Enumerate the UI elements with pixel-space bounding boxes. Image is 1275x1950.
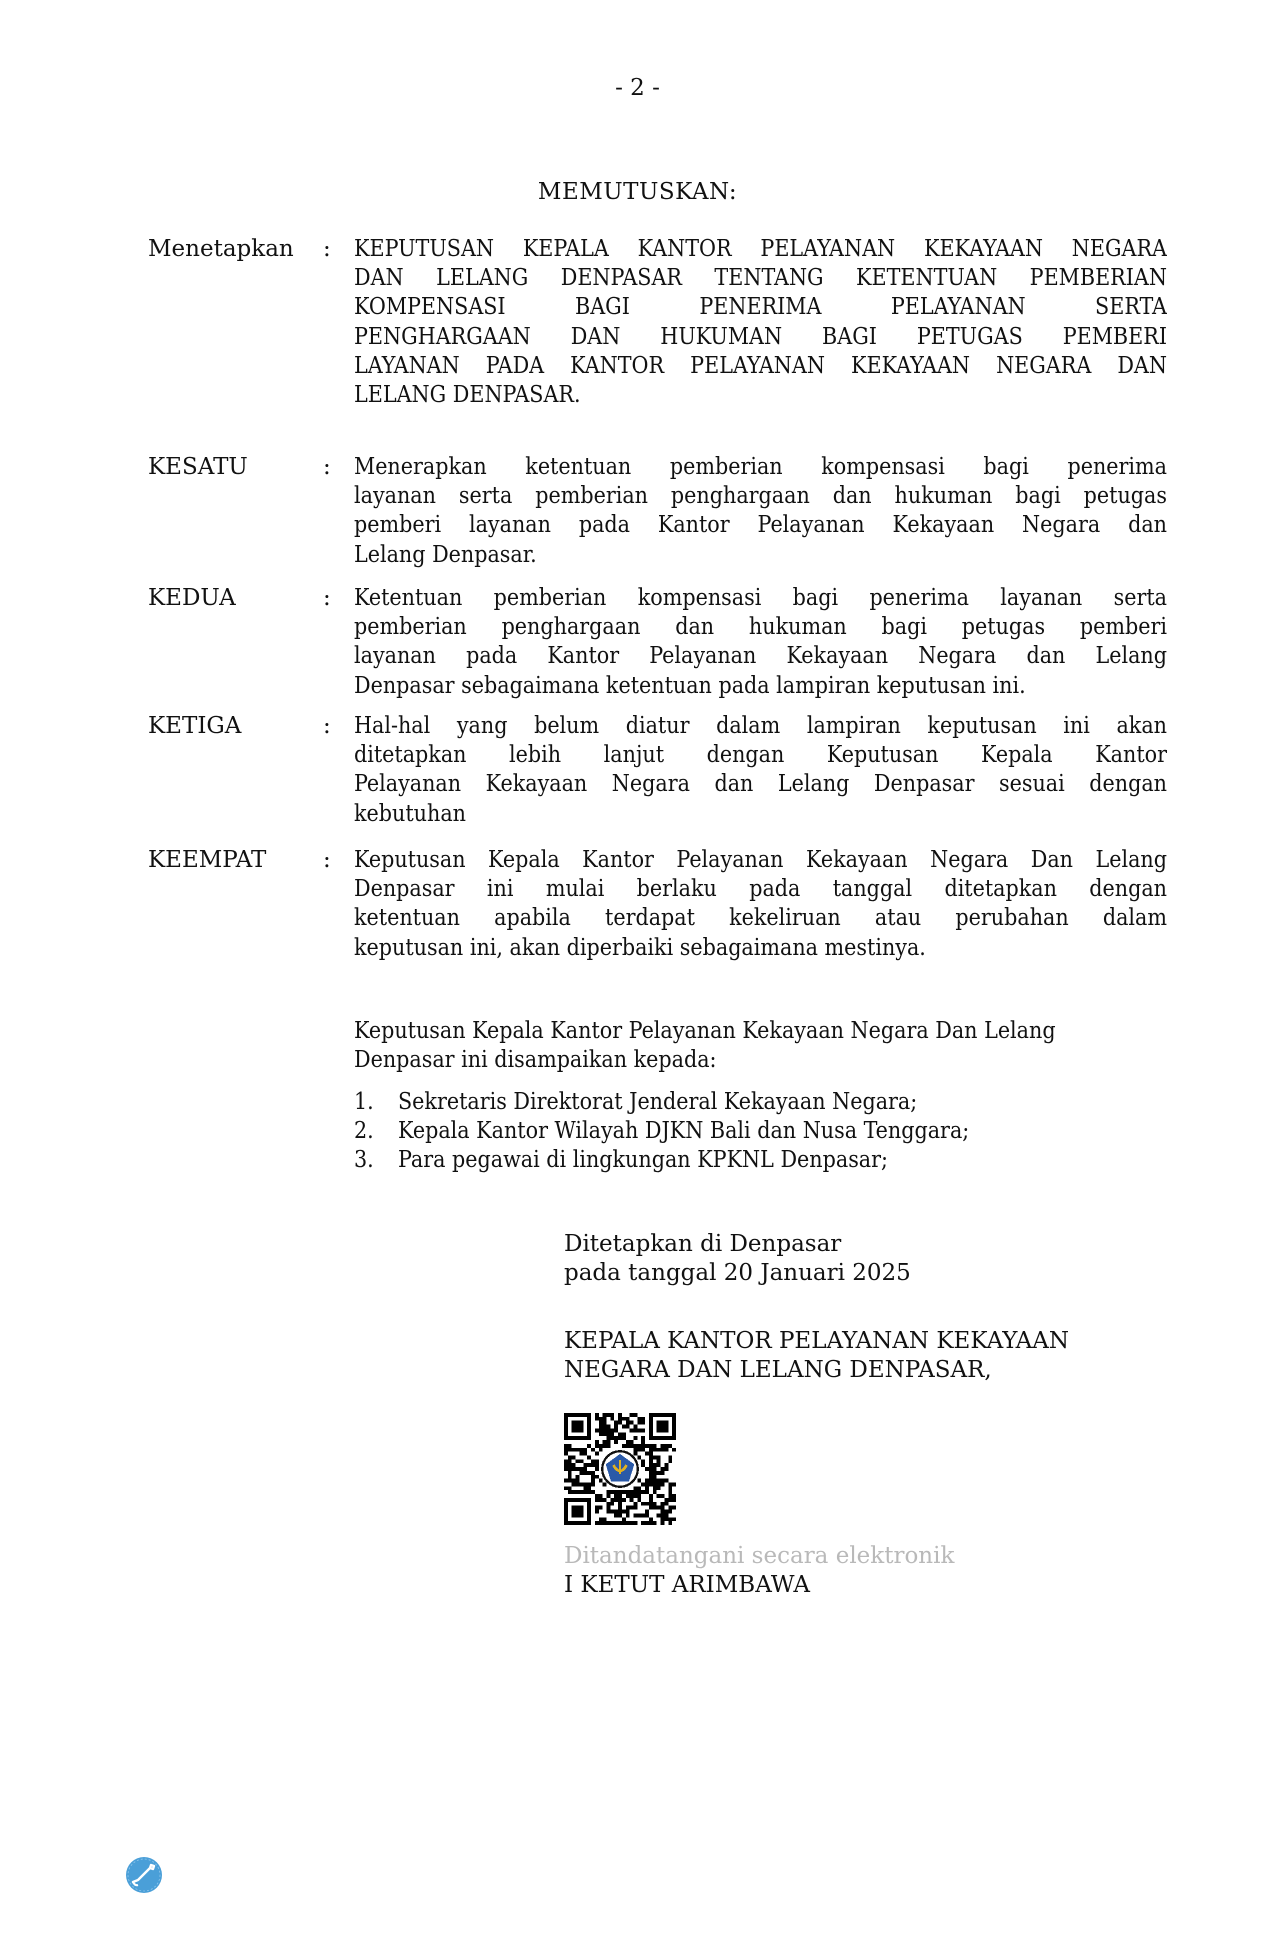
body-line: ditetapkan lebih lanjut dengan Keputusan…	[354, 741, 1167, 770]
decision-heading: MEMUTUSKAN:	[0, 178, 1275, 207]
body-line: ketentuan apabila terdapat kekeliruan at…	[354, 904, 1167, 933]
body-line: pemberian penghargaan dan hukuman bagi p…	[354, 613, 1167, 642]
article-body: Menerapkan ketentuan pemberian kompensas…	[354, 453, 1167, 570]
signature-office-line2: NEGARA DAN LELANG DENPASAR,	[564, 1356, 992, 1385]
body-line: Ketentuan pemberian kompensasi bagi pene…	[354, 584, 1167, 613]
list-number: 1.	[354, 1088, 398, 1117]
body-line: Denpasar ini disampaikan kepada:	[354, 1046, 1167, 1075]
list-text: Para pegawai di lingkungan KPKNL Denpasa…	[398, 1147, 888, 1173]
body-line: Denpasar ini mulai berlaku pada tanggal …	[354, 875, 1167, 904]
qr-code-icon	[564, 1413, 676, 1525]
body-line: Denpasar sebagaimana ketentuan pada lamp…	[354, 672, 1167, 701]
body-line: LELANG DENPASAR.	[354, 381, 1167, 410]
distribution-intro: Keputusan Kepala Kantor Pelayanan Kekaya…	[354, 1017, 1167, 1075]
signature-date: pada tanggal 20 Januari 2025	[564, 1259, 911, 1288]
pen-nib-badge-icon	[124, 1855, 164, 1895]
menetapkan-label: Menetapkan	[148, 235, 294, 264]
body-line: Hal-hal yang belum diatur dalam lampiran…	[354, 712, 1167, 741]
recipient-list: 1.Sekretaris Direktorat Jenderal Kekayaa…	[354, 1088, 969, 1175]
body-line: Menerapkan ketentuan pemberian kompensas…	[354, 453, 1167, 482]
body-line: KEPUTUSAN KEPALA KANTOR PELAYANAN KEKAYA…	[354, 235, 1167, 264]
signer-name: I KETUT ARIMBAWA	[564, 1571, 810, 1600]
body-line: KOMPENSASI BAGI PENERIMA PELAYANAN SERTA	[354, 293, 1167, 322]
body-line: Pelayanan Kekayaan Negara dan Lelang Den…	[354, 770, 1167, 799]
colon: :	[323, 846, 331, 875]
document-page: - 2 - MEMUTUSKAN: Menetapkan : KEPUTUSAN…	[0, 0, 1275, 1950]
article-label: KEDUA	[148, 584, 236, 613]
article-label: KESATU	[148, 453, 248, 482]
article-body: Hal-hal yang belum diatur dalam lampiran…	[354, 712, 1167, 829]
body-line: LAYANAN PADA KANTOR PELAYANAN KEKAYAAN N…	[354, 352, 1167, 381]
body-line: Keputusan Kepala Kantor Pelayanan Kekaya…	[354, 1017, 1167, 1046]
body-line: PENGHARGAAN DAN HUKUMAN BAGI PETUGAS PEM…	[354, 323, 1167, 352]
article-body: Ketentuan pemberian kompensasi bagi pene…	[354, 584, 1167, 701]
article-label: KEEMPAT	[148, 846, 266, 875]
body-line: DAN LELANG DENPASAR TENTANG KETENTUAN PE…	[354, 264, 1167, 293]
signature-office-line1: KEPALA KANTOR PELAYANAN KEKAYAAN	[564, 1327, 1069, 1356]
list-text: Kepala Kantor Wilayah DJKN Bali dan Nusa…	[398, 1118, 969, 1144]
body-line: Lelang Denpasar.	[354, 541, 1167, 570]
e-signature-note: Ditandatangani secara elektronik	[564, 1542, 954, 1571]
list-number: 3.	[354, 1146, 398, 1175]
signature-place: Ditetapkan di Denpasar	[564, 1230, 841, 1259]
page-number: - 2 -	[0, 74, 1275, 103]
body-line: Keputusan Kepala Kantor Pelayanan Kekaya…	[354, 846, 1167, 875]
colon: :	[323, 235, 331, 264]
list-item: 1.Sekretaris Direktorat Jenderal Kekayaa…	[354, 1088, 969, 1117]
list-item: 3.Para pegawai di lingkungan KPKNL Denpa…	[354, 1146, 969, 1175]
menetapkan-body: KEPUTUSAN KEPALA KANTOR PELAYANAN KEKAYA…	[354, 235, 1167, 410]
colon: :	[323, 712, 331, 741]
list-number: 2.	[354, 1117, 398, 1146]
body-line: kebutuhan	[354, 800, 1167, 829]
body-line: keputusan ini, akan diperbaiki sebagaima…	[354, 934, 1167, 963]
body-line: layanan pada Kantor Pelayanan Kekayaan N…	[354, 642, 1167, 671]
article-label: KETIGA	[148, 712, 241, 741]
body-line: pemberi layanan pada Kantor Pelayanan Ke…	[354, 511, 1167, 540]
colon: :	[323, 453, 331, 482]
article-body: Keputusan Kepala Kantor Pelayanan Kekaya…	[354, 846, 1167, 963]
body-line: layanan serta pemberian penghargaan dan …	[354, 482, 1167, 511]
list-item: 2.Kepala Kantor Wilayah DJKN Bali dan Nu…	[354, 1117, 969, 1146]
list-text: Sekretaris Direktorat Jenderal Kekayaan …	[398, 1089, 917, 1115]
colon: :	[323, 584, 331, 613]
